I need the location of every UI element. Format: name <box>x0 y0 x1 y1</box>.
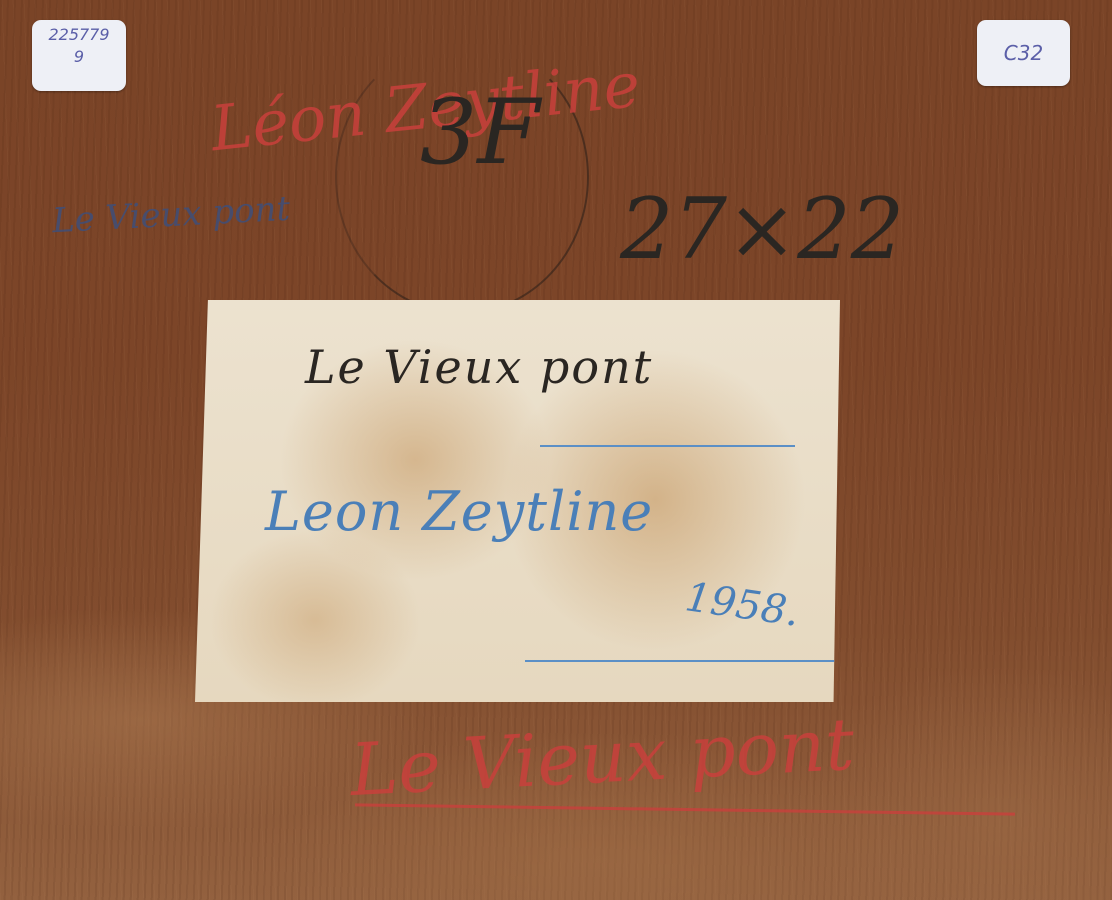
label-title: Le Vieux pont <box>305 340 653 394</box>
label-year: 1958. <box>682 574 802 635</box>
inventory-number: 225779 <box>32 24 126 46</box>
wooden-panel-back: 225779 9 C32 Léon Zeytline Le Vieux pont… <box>0 0 1112 900</box>
lot-code: C32 <box>1004 41 1043 65</box>
inventory-sticker: 225779 9 <box>32 20 126 91</box>
title-underline <box>540 445 795 447</box>
lot-sticker: C32 <box>977 20 1070 86</box>
label-artist-signature: Leon Zeytline <box>265 480 653 543</box>
year-underline <box>525 660 835 662</box>
format-inscription: 3F <box>420 80 540 185</box>
red-title-inscription-bottom: Le Vieux pont <box>348 702 856 812</box>
blue-title-inscription: Le Vieux pont <box>51 189 291 241</box>
dimensions-inscription: 27×22 <box>620 180 904 278</box>
red-underline <box>355 803 1015 815</box>
paper-label: Le Vieux pont Leon Zeytline 1958. <box>195 300 840 702</box>
inventory-subnumber: 9 <box>32 46 126 68</box>
